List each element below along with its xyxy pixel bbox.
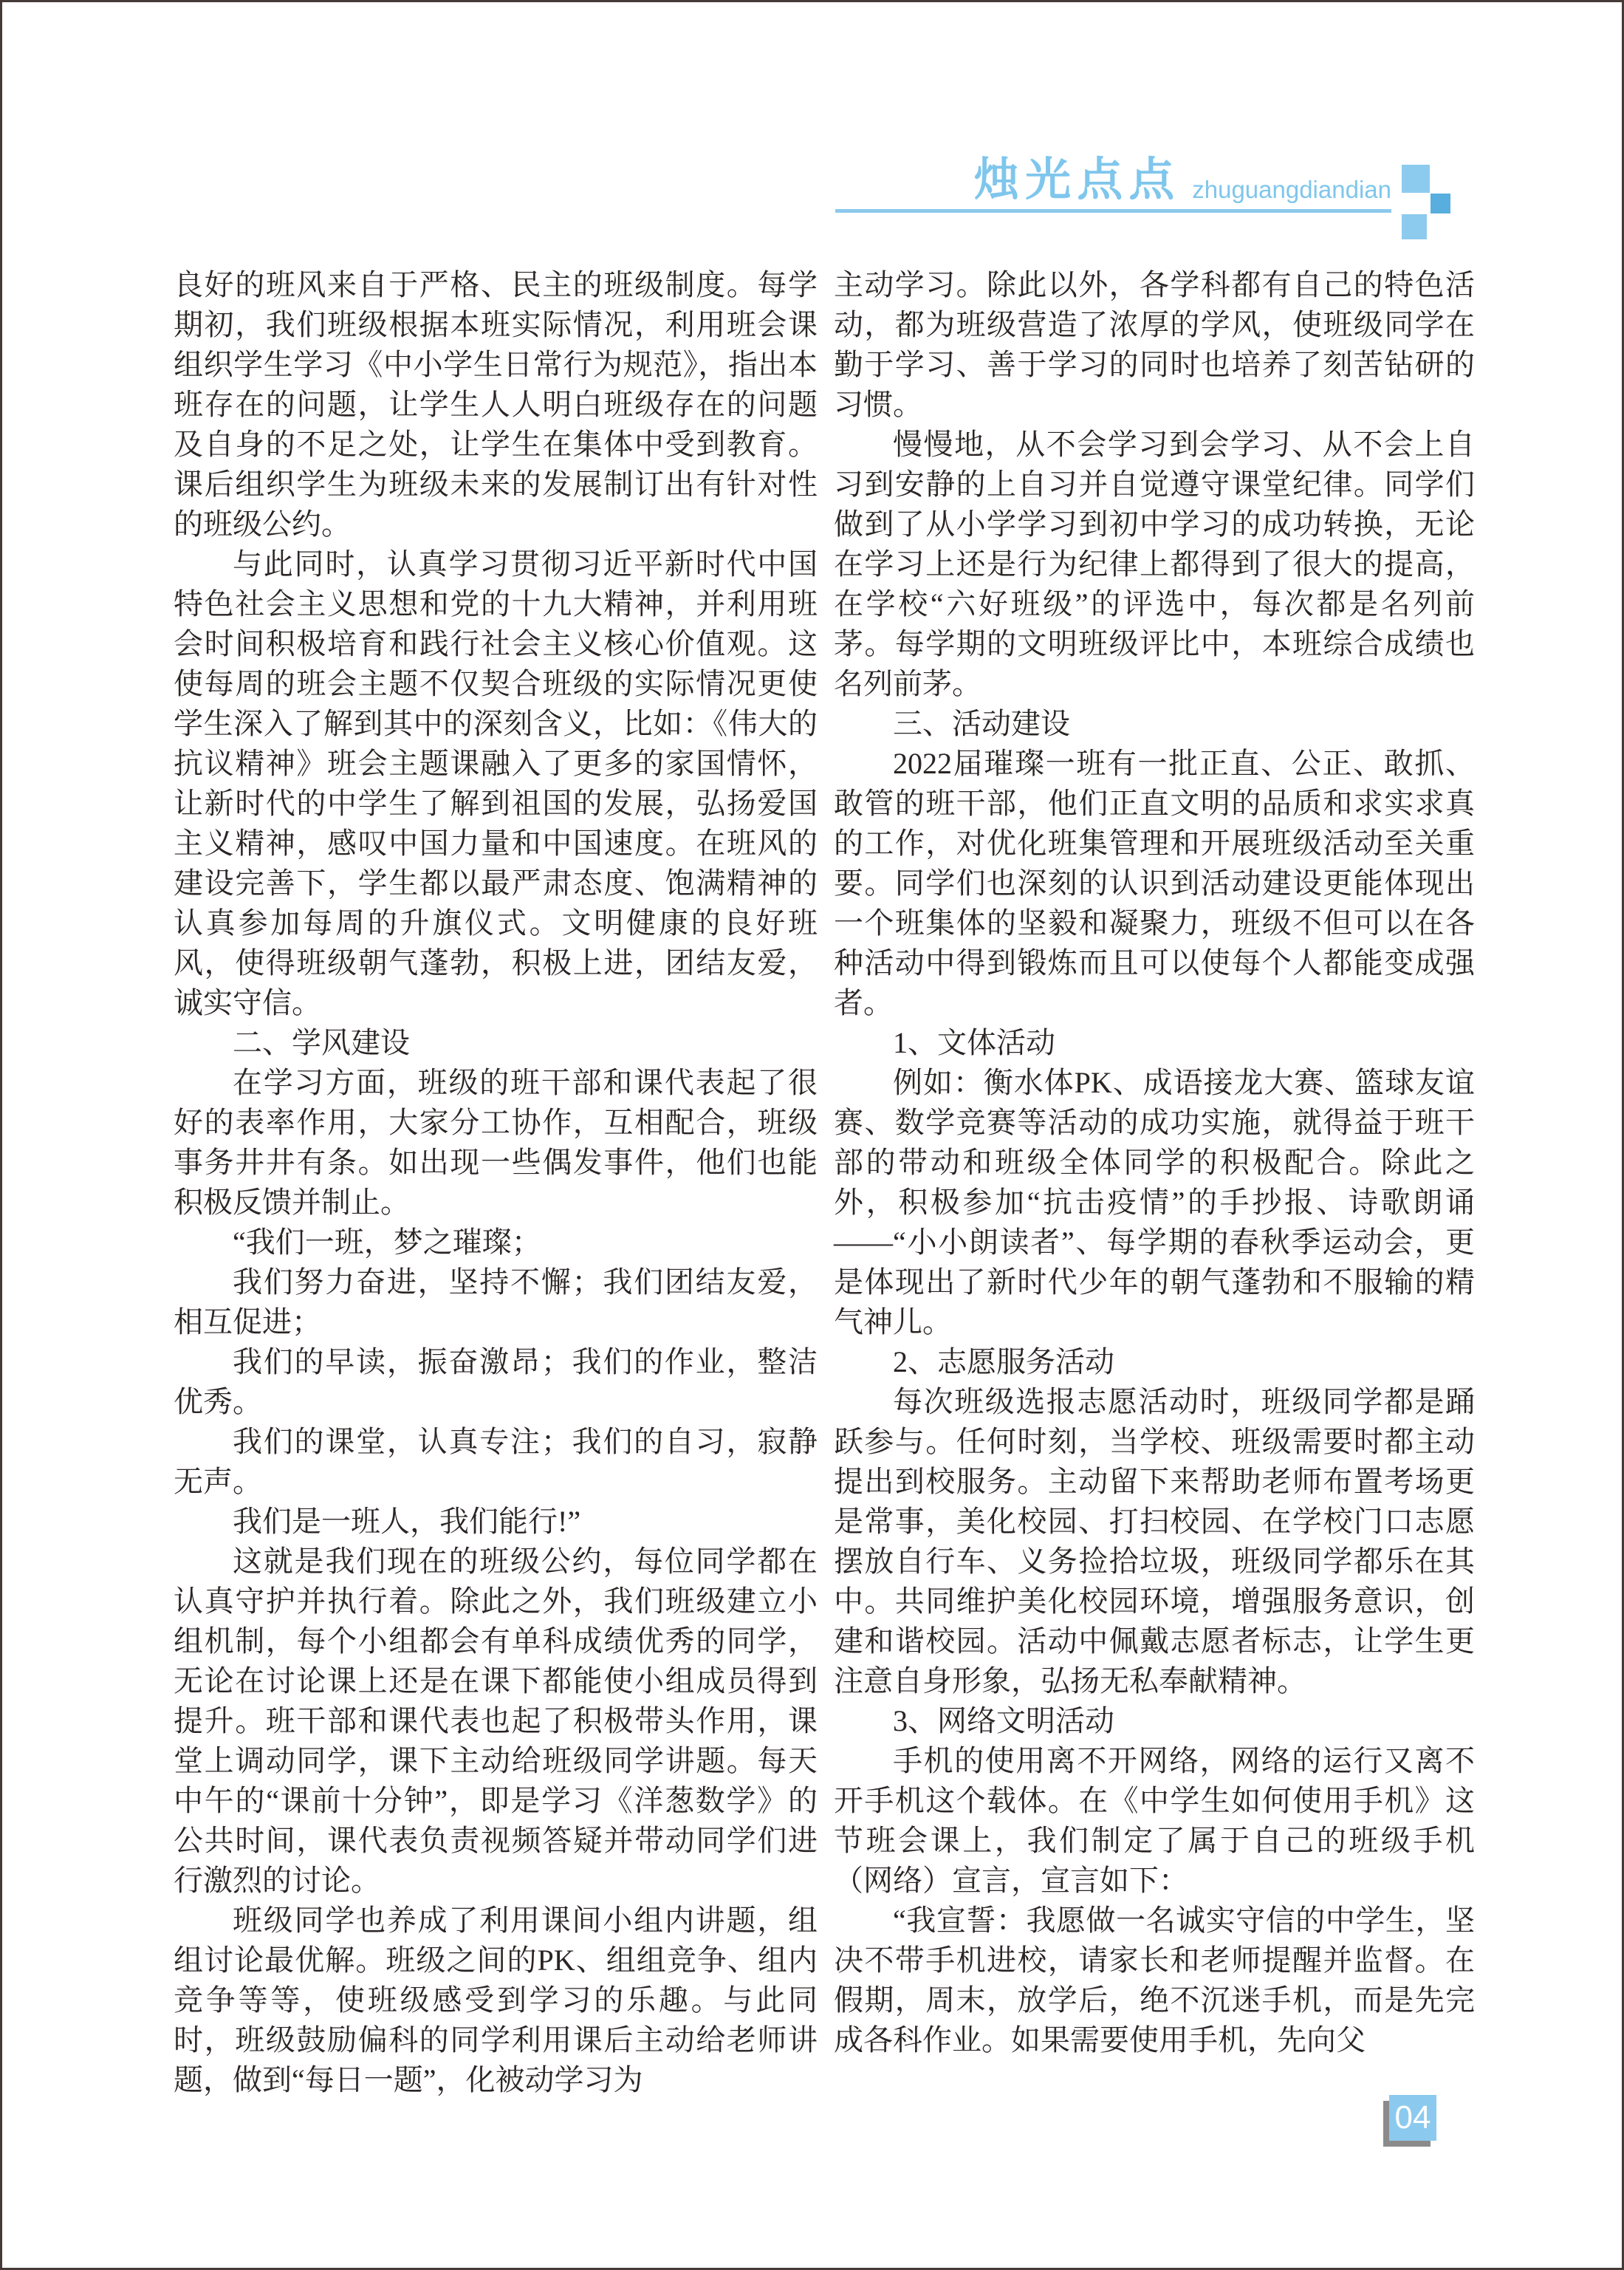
paragraph: 1、文体活动 (834, 1023, 1475, 1063)
decor-square-icon (1402, 214, 1427, 239)
paragraph: 每次班级选报志愿活动时，班级同学都是踊跃参与。任何时刻，当学校、班级需要时都主动… (834, 1382, 1475, 1701)
text-column-right: 主动学习。除此以外，各学科都有自己的特色活动，都为班级营造了浓厚的学风，使班级同… (834, 265, 1475, 2060)
paragraph: 3、网络文明活动 (834, 1701, 1475, 1741)
paragraph: 主动学习。除此以外，各学科都有自己的特色活动，都为班级营造了浓厚的学风，使班级同… (834, 265, 1475, 425)
magazine-page: 烛光点点 zhuguangdiandian 良好的班风来自于严格、民主的班级制度… (0, 0, 1624, 2270)
page-header: 烛光点点 zhuguangdiandian (835, 157, 1391, 213)
paragraph: 我们的课堂，认真专注；我们的自习，寂静无声。 (174, 1422, 818, 1502)
paragraph: 这就是我们现在的班级公约，每位同学都在认真守护并执行着。除此之外，我们班级建立小… (174, 1542, 818, 1901)
section-heading: 三、活动建设 (834, 704, 1475, 744)
paragraph: 我们是一班人，我们能行!” (174, 1502, 818, 1542)
decor-square-icon (1402, 165, 1430, 193)
section-heading: 二、学风建设 (174, 1023, 818, 1063)
paragraph: “我们一班，梦之璀璨； (174, 1223, 818, 1262)
paragraph: 与此同时，认真学习贯彻习近平新时代中国特色社会主义思想和党的十九大精神，并利用班… (174, 544, 818, 1023)
page-number-badge: 04 (1389, 2095, 1436, 2141)
header-title: 烛光点点 (973, 157, 1180, 203)
paragraph: 班级同学也养成了利用课间小组内讲题，组组讨论最优解。班级之间的PK、组组竞争、组… (174, 1901, 818, 2100)
paragraph: 良好的班风来自于严格、民主的班级制度。每学期初，我们班级根据本班实际情况，利用班… (174, 265, 818, 544)
decor-square-icon (1431, 194, 1450, 213)
paragraph: “我宣誓：我愿做一名诚实守信的中学生，坚决不带手机进校，请家长和老师提醒并监督。… (834, 1901, 1475, 2060)
text-column-left: 良好的班风来自于严格、民主的班级制度。每学期初，我们班级根据本班实际情况，利用班… (174, 265, 818, 2100)
paragraph: 例如：衡水体PK、成语接龙大赛、篮球友谊赛、数学竞赛等活动的成功实施，就得益于班… (834, 1063, 1475, 1342)
paragraph: 我们的早读，振奋激昂；我们的作业，整洁优秀。 (174, 1342, 818, 1422)
paragraph: 2、志愿服务活动 (834, 1342, 1475, 1382)
paragraph: 手机的使用离不开网络，网络的运行又离不开手机这个载体。在《中学生如何使用手机》这… (834, 1741, 1475, 1901)
paragraph: 2022届璀璨一班有一批正直、公正、敢抓、敢管的班干部，他们正直文明的品质和求实… (834, 744, 1475, 1023)
header-subtitle-pinyin: zhuguangdiandian (1192, 177, 1391, 203)
paragraph: 慢慢地，从不会学习到会学习、从不会上自习到安静的上自习并自觉遵守课堂纪律。同学们… (834, 425, 1475, 704)
paragraph: 我们努力奋进，坚持不懈；我们团结友爱，相互促进； (174, 1262, 818, 1342)
paragraph: 在学习方面，班级的班干部和课代表起了很好的表率作用，大家分工协作，互相配合，班级… (174, 1063, 818, 1223)
